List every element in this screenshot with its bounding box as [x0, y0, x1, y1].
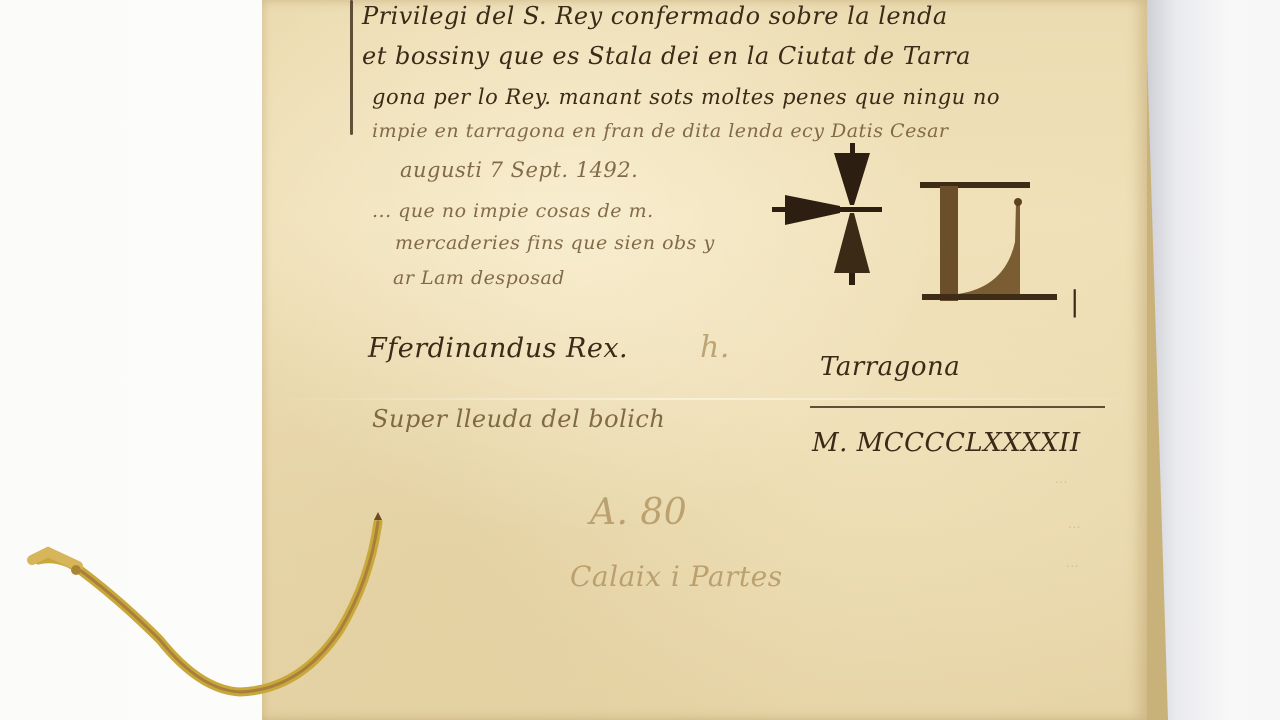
royal-signature: Fferdinandus Rex.: [368, 333, 628, 364]
archive-note: Calaix i Partes: [570, 560, 783, 593]
stamp-line-1: ...: [1055, 472, 1068, 486]
note-line-3: ar Lam desposad: [393, 267, 565, 289]
heading-line-4: impie en tarragona en fran de dita lenda…: [372, 120, 948, 142]
stamp-line-3: ...: [1066, 556, 1079, 570]
cross-icon: [770, 143, 885, 288]
note-line-2: mercaderies fins que sien obs y: [395, 232, 715, 254]
note-line-1: ... que no impie cosas de m.: [372, 200, 654, 222]
heading-line-1: Privilegi del S. Rey confermado sobre la…: [362, 2, 948, 30]
ribbon-tie-icon: [0, 500, 400, 720]
place-name: Tarragona: [820, 352, 960, 382]
photo-stage: Privilegi del S. Rey confermado sobre la…: [0, 0, 1280, 720]
stamp-line-2: ...: [1068, 517, 1081, 531]
marginal-tick: |: [1070, 285, 1080, 318]
year-roman: M. MCCCCLXXXXII: [812, 428, 1081, 458]
archive-number: A. 80: [590, 492, 687, 533]
initial-l-icon: [920, 182, 1060, 307]
heading-line-2: et bossiny que es Stala dei en la Ciutat…: [362, 42, 971, 70]
rubric-line: Super lleuda del bolich: [372, 405, 665, 433]
heading-line-3: gona per lo Rey. manant sots moltes pene…: [372, 85, 1000, 109]
date-line: augusti 7 Sept. 1492.: [400, 158, 638, 182]
divider-rule: [810, 406, 1105, 408]
fold-line: [262, 398, 1147, 400]
secretary-mark: h.: [700, 330, 730, 365]
margin-bracket: [350, 0, 353, 135]
